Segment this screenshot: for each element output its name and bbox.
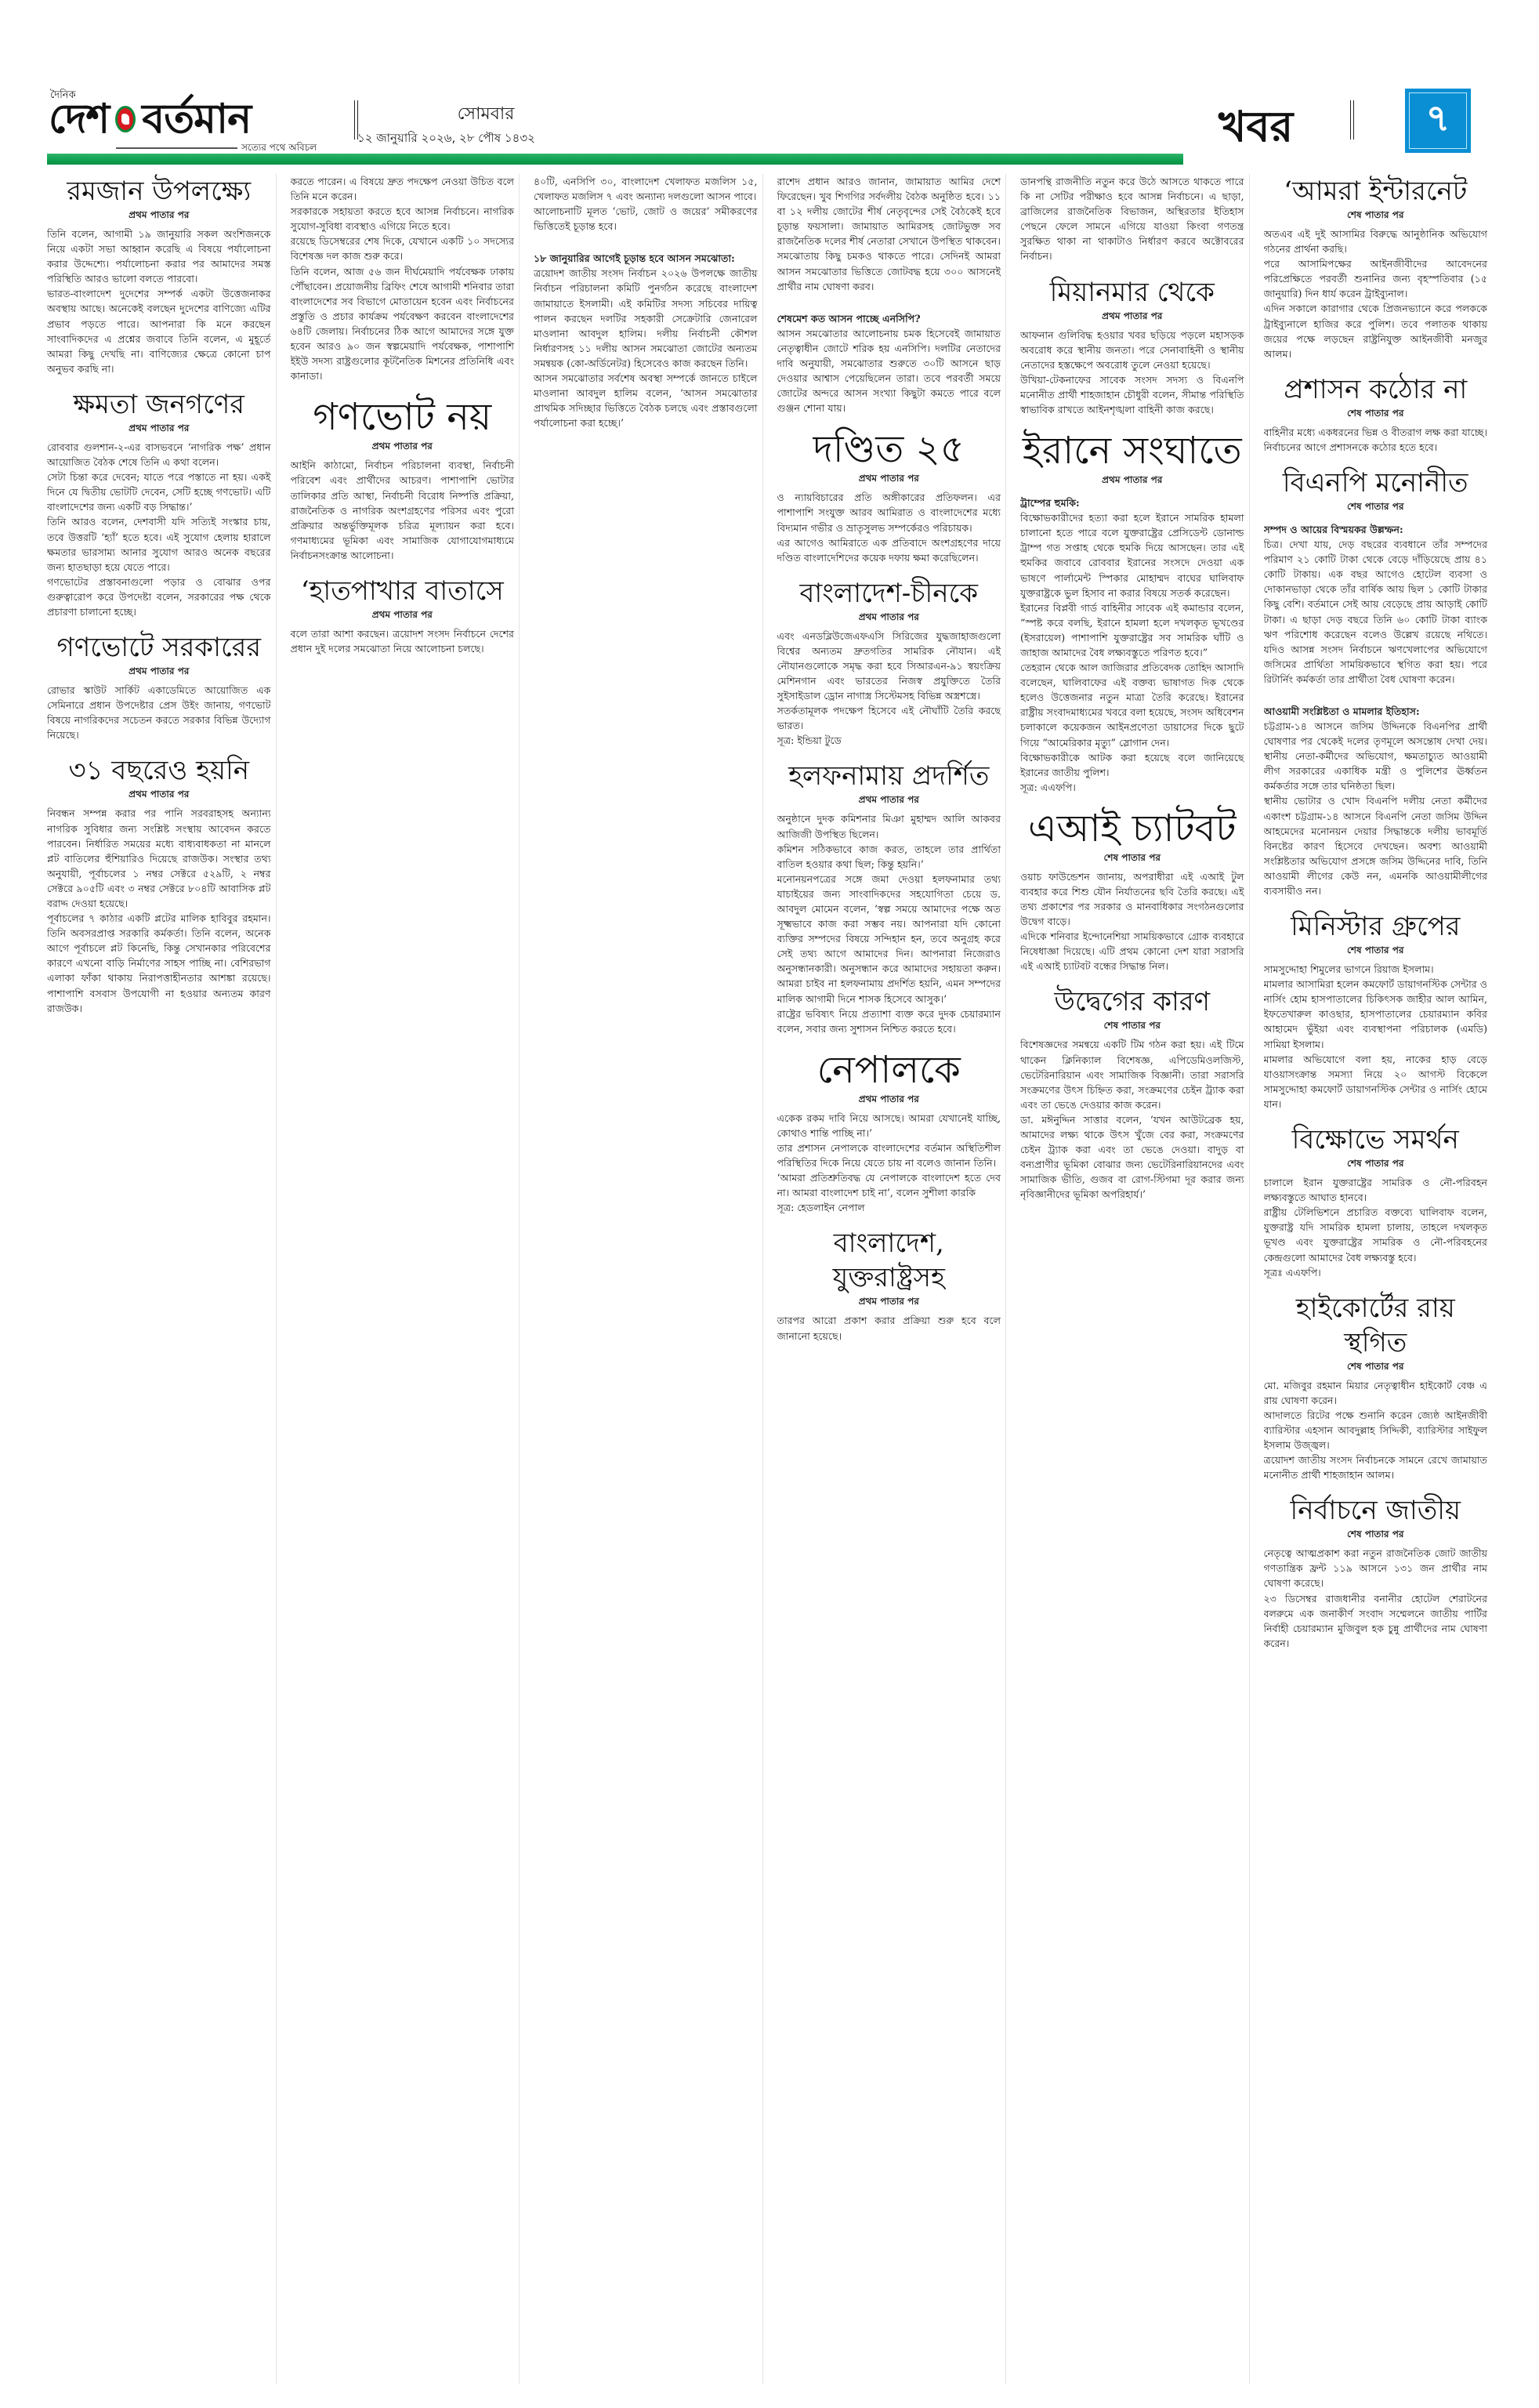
column-3: ৪০টি, এনসিপি ৩০, বাংলাদেশ খেলাফত মজলিস ১… [534,174,763,2384]
tagline-rule [116,147,237,149]
story-headline[interactable]: হাইকোর্টের রায় স্থগিত [1264,1291,1488,1360]
story-body: নিবন্ধন সম্পন্ন করার পর পানি সরবরাহসহ অন… [47,806,271,1015]
story-body: নেতৃত্বে আত্মপ্রকাশ করা নতুন রাজনৈতিক জো… [1264,1546,1488,1651]
logo-name-part1: দেশ [49,96,109,143]
story-headline[interactable]: ৩১ বছরেও হয়নি [47,753,271,788]
story-paragraph: বলে তারা আশা করছেন। ত্রয়োদশ সংসদ নির্বা… [291,626,515,656]
story-subhead: শেষমেশ কত আসন পাচ্ছে এনসিপি? [777,311,1001,326]
continued-from-label: শেষ পাতার পর [1264,209,1488,224]
story-paragraph: অতএব এই দুই আসামির বিরুদ্ধে আনুষ্ঠানিক অ… [1264,227,1488,256]
news-story[interactable]: ইরানে সংঘাতেপ্রথম পাতার পরট্রাম্পের হুমক… [1020,428,1244,795]
story-body: রোববার গুলশান-২-এর বাসভবনে ‘নাগরিক পক্ষ’… [47,440,271,619]
story-paragraph: পরে আসামিপক্ষের আইনজীবীদের আবেদনের পরিপ্… [1264,256,1488,301]
story-paragraph: রোভার স্কাউট সার্কিট একাডেমিতে আয়োজিত এ… [47,683,271,742]
news-story[interactable]: নির্বাচনে জাতীয়শেষ পাতার পরনেতৃত্বে আত্… [1264,1493,1488,1651]
news-story[interactable]: নেপালকেপ্রথম পাতার পরএকেক রকম দাবি নিয়ে… [777,1047,1001,1216]
story-body: চট্টগ্রাম-১৪ আসনে জসিম উদ্দিনকে বিএনপির … [1264,719,1488,898]
story-body: ও ন্যায়বিচারের প্রতি অঙ্গীকারের প্রতিফল… [777,490,1001,564]
bangladesh-map-seal-icon [115,106,136,132]
story-paragraph: মামলার আসামিরা হলেন কমফোর্ট ডায়াগনস্টিক… [1264,977,1488,1051]
story-paragraph: মো. মজিবুর রহমান মিয়ার নেতৃত্বাধীন হাইক… [1264,1378,1488,1408]
story-headline[interactable]: ‘আমরা ইন্টারনেট [1264,174,1488,209]
story-body: বিশেষজ্ঞদের সমন্বয়ে একটি টিম গঠন করা হয… [1020,1037,1244,1202]
continued-from-label: প্রথম পাতার পর [47,788,271,803]
story-body: অনুষ্ঠানে দুদক কমিশনার মিঞা মুহাম্মদ আলি… [777,811,1001,1035]
story-headline[interactable]: ‘হাতপাখার বাতাসে [291,574,515,608]
continued-from-label: প্রথম পাতার পর [47,209,271,224]
story-paragraph: নিবন্ধন সম্পন্ন করার পর পানি সরবরাহসহ অন… [47,806,271,911]
story-body: অতএব এই দুই আসামির বিরুদ্ধে আনুষ্ঠানিক অ… [1264,227,1488,361]
story-body: চালালে ইরান যুক্তরাষ্ট্রের সামরিক ও নৌ-প… [1264,1175,1488,1265]
story-headline[interactable]: গণভোটে সরকারের [47,630,271,665]
news-story[interactable]: ক্ষমতা জনগণেরপ্রথম পাতার পররোববার গুলশান… [47,387,271,619]
story-paragraph: মামলার অভিযোগে বলা হয়, নাকের হাড় বেড়ে… [1264,1052,1488,1112]
continued-from-label: শেষ পাতার পর [1264,944,1488,959]
column-2: করতে পারেন। এ বিষয়ে দ্রুত পদক্ষেপ নেওয়… [291,174,520,2384]
news-story[interactable]: রাশেদ প্রধান আরও জানান, জামায়াত আমির দে… [777,174,1001,294]
story-headline[interactable]: হলফনামায় প্রদর্শিত [777,759,1001,793]
news-story[interactable]: বাংলাদেশ, যুক্তরাষ্ট্রসহপ্রথম পাতার পরতা… [777,1226,1001,1343]
issue-day: সোমবার [423,100,549,129]
story-paragraph: চালালে ইরান যুক্তরাষ্ট্রের সামরিক ও নৌ-প… [1264,1175,1488,1205]
story-paragraph: এদিন সকালে কারাগার থেকে প্রিজনভ্যানে করে… [1264,301,1488,361]
story-paragraph: উখিয়া-টেকনাফের সাবেক সংসদ সদস্য ও বিএনপ… [1020,372,1244,417]
story-headline[interactable]: বিএনপি মনোনীত [1264,466,1488,500]
story-paragraph: করতে পারেন। এ বিষয়ে দ্রুত পদক্ষেপ নেওয়… [291,174,515,204]
story-paragraph: ডানপন্থি রাজনীতি নতুন করে উঠে আসতে থাকতে… [1020,174,1244,264]
story-body: এবং এনডব্লিউজেএফএসি সিরিজের যুদ্ধজাহাজগু… [777,629,1001,734]
story-headline[interactable]: মিয়ানমার থেকে [1020,275,1244,310]
story-paragraph: অনুষ্ঠানে দুদক কমিশনার মিঞা মুহাম্মদ আলি… [777,811,1001,841]
story-paragraph: চট্টগ্রাম-১৪ আসনে জসিম উদ্দিনকে বিএনপির … [1264,719,1488,793]
story-body: ৪০টি, এনসিপি ৩০, বাংলাদেশ খেলাফত মজলিস ১… [534,174,758,234]
story-paragraph: আদালতে রিটের পক্ষে শুনানি করেন জ্যেষ্ঠ আ… [1264,1408,1488,1452]
story-source: সূত্র: হেডলাইন নেপাল [777,1200,1001,1215]
story-paragraph: ৪০টি, এনসিপি ৩০, বাংলাদেশ খেলাফত মজলিস ১… [534,174,758,204]
continued-from-label: শেষ পাতার পর [1264,500,1488,516]
story-headline[interactable]: প্রশাসন কঠোর না [1264,372,1488,407]
story-body: রাশেদ প্রধান আরও জানান, জামায়াত আমির দে… [777,174,1001,294]
story-paragraph: ও ন্যায়বিচারের প্রতি অঙ্গীকারের প্রতিফল… [777,490,1001,535]
story-paragraph: আলোচনাটি মূলত ‘ভোট, জোট ও জয়ের’ সমীকরণে… [534,204,758,234]
story-paragraph: আসন সমঝোতার সর্বশেষ অবস্থা সম্পর্কে জানত… [534,371,758,430]
story-body: বলে তারা আশা করছেন। ত্রয়োদশ সংসদ নির্বা… [291,626,515,656]
story-headline[interactable]: বাংলাদেশ, যুক্তরাষ্ট্রসহ [777,1226,1001,1295]
continued-from-label: শেষ পাতার পর [1264,407,1488,422]
story-paragraph: গণভোটের প্রস্তাবনাগুলো পড়ার ও বোঝার ওপর… [47,575,271,619]
story-body: করতে পারেন। এ বিষয়ে দ্রুত পদক্ষেপ নেওয়… [291,174,515,383]
column-1: রমজান উপলক্ষ্যেপ্রথম পাতার পরতিনি বলেন, … [47,174,277,2384]
story-paragraph: আইনি কাঠামো, নির্বাচন পরিচালনা ব্যবস্থা,… [291,458,515,563]
story-paragraph: সেটা চিন্তা করে দেবেন; যাতে পরে পস্তাতে … [47,470,271,514]
story-body: বিক্ষোভকারীদের হত্যা করা হলে ইরানে সামরি… [1020,510,1244,780]
news-story[interactable]: আওয়ামী সংশ্লিষ্টতা ও মামলার ইতিহাস:চট্ট… [1264,698,1488,898]
story-paragraph: তারপর আরো প্রকাশ করার প্রক্রিয়া শুরু হব… [777,1313,1001,1343]
continued-from-label: প্রথম পাতার পর [1020,473,1244,489]
story-headline[interactable]: নির্বাচনে জাতীয় [1264,1493,1488,1528]
story-body: ওয়াচ ফাউন্ডেশন জানায়, অপরাধীরা এই এআই … [1020,869,1244,974]
story-paragraph: তার প্রশাসন নেপালকে বাংলাদেশের বর্তমান অ… [777,1141,1001,1170]
story-paragraph: রাশেদ প্রধান আরও জানান, জামায়াত আমির দে… [777,174,1001,294]
story-headline[interactable]: রমজান উপলক্ষ্যে [47,174,271,209]
story-headline[interactable]: এআই চ্যাটবট [1020,806,1244,851]
story-headline[interactable]: ইরানে সংঘাতে [1020,428,1244,473]
logo-name-part2: বর্তমান [142,96,251,143]
story-source: সূত্রঃ এএফপি। [1264,1265,1488,1280]
story-paragraph: পূর্বাচলের ৭ কাঠার একটি প্লটের মালিক হাব… [47,911,271,1016]
masthead: দৈনিক দেশ বর্তমান সত্যের পথে অবিচল সোমবা… [0,0,1539,165]
story-paragraph: এদিকে শনিবার ইন্দোনেশিয়া সাময়িকভাবে গ্… [1020,929,1244,974]
story-paragraph: ত্রয়োদশ জাতীয় সংসদ নির্বাচন ২০২৬ উপলক্… [534,266,758,371]
news-story[interactable]: করতে পারেন। এ বিষয়ে দ্রুত পদক্ষেপ নেওয়… [291,174,515,383]
news-story[interactable]: হলফনামায় প্রদর্শিতপ্রথম পাতার পরঅনুষ্ঠা… [777,759,1001,1035]
story-source: সূত্র: ইন্ডিয়া টুডে [777,733,1001,748]
news-story[interactable]: ‘হাতপাখার বাতাসেপ্রথম পাতার পরবলে তারা আ… [291,574,515,656]
story-body: তারপর আরো প্রকাশ করার প্রক্রিয়া শুরু হব… [777,1313,1001,1343]
story-paragraph: রাষ্ট্রের ভবিষ্যৎ নিয়ে প্রত্যাশা ব্যক্ত… [777,1006,1001,1036]
story-paragraph: রাষ্ট্রীয় টেলিভিশনে প্রচারিত বক্তব্যে ঘ… [1264,1205,1488,1264]
continued-from-label: প্রথম পাতার পর [47,665,271,680]
story-paragraph: ডা. মঈনুদ্দিন সাত্তার বলেন, ‘যখন আউটব্রে… [1020,1112,1244,1202]
story-body: চিত্র। দেখা যায়, দেড় বছরের ব্যবধানে তা… [1264,537,1488,687]
news-story[interactable]: হাইকোর্টের রায় স্থগিতশেষ পাতার পরমো. মজ… [1264,1291,1488,1483]
story-paragraph: তিনি আরও বলেন, দেশবাসী যদি সত্যিই সংস্কা… [47,514,271,574]
story-subhead: ট্রাম্পের হুমকি: [1020,495,1244,510]
story-paragraph: বিক্ষোভকারীকে আটক করা হয়েছে বলে জানিয়ে… [1020,750,1244,780]
news-story[interactable]: ৪০টি, এনসিপি ৩০, বাংলাদেশ খেলাফত মজলিস ১… [534,174,758,234]
story-body: ত্রয়োদশ জাতীয় সংসদ নির্বাচন ২০২৬ উপলক্… [534,266,758,430]
story-headline[interactable]: বাংলাদেশ-চীনকে [777,576,1001,611]
story-paragraph: সতর্কতামূলক পদক্ষেপ হিসেবে এই নৌঘাঁটি তৈ… [777,703,1001,733]
story-paragraph: ২৩ ডিসেম্বর রাজধানীর বনানীর হোটেল শেরাটন… [1264,1591,1488,1651]
story-source: সূত্র: এএফপি। [1020,780,1244,795]
story-paragraph: বাহিনীর মধ্যে একধরনের ভিন্ন ও বীতরাগ লক্… [1264,425,1488,455]
story-paragraph: চিত্র। দেখা যায়, দেড় বছরের ব্যবধানে তা… [1264,537,1488,687]
story-subhead: সম্পদ ও আয়ের বিস্ময়কর উল্লম্ফন: [1264,522,1488,537]
continued-from-label: প্রথম পাতার পর [777,793,1001,809]
story-subhead: ১৮ জানুয়ারির আগেই চূড়ান্ত হবে আসন সমঝো… [534,251,758,266]
story-headline[interactable]: ক্ষমতা জনগণের [47,387,271,422]
section-divider [1350,100,1354,140]
continued-from-label: শেষ পাতার পর [1264,1157,1488,1173]
story-subhead: আওয়ামী সংশ্লিষ্টতা ও মামলার ইতিহাস: [1264,704,1488,719]
story-headline[interactable]: উদ্বেগের কারণ [1020,985,1244,1019]
story-body: আফনান গুলিবিদ্ধ হওয়ার খবর ছড়িয়ে পড়লে… [1020,328,1244,418]
story-paragraph: ‘আমরা প্রতিশ্রুতিবদ্ধ যে নেপালকে বাংলাদে… [777,1170,1001,1200]
continued-from-label: প্রথম পাতার পর [291,608,515,624]
story-paragraph: ওয়াচ ফাউন্ডেশন জানায়, অপরাধীরা এই এআই … [1020,869,1244,929]
news-story[interactable]: রমজান উপলক্ষ্যেপ্রথম পাতার পরতিনি বলেন, … [47,174,271,376]
news-story[interactable]: গণভোটে সরকারেরপ্রথম পাতার পররোভার স্কাউট… [47,630,271,742]
continued-from-label: প্রথম পাতার পর [291,440,515,455]
story-body: রোভার স্কাউট সার্কিট একাডেমিতে আয়োজিত এ… [47,683,271,742]
news-story[interactable]: ডানপন্থি রাজনীতি নতুন করে উঠে আসতে থাকতে… [1020,174,1244,264]
story-paragraph: সামসুদ্দোহা শিমুলের ভাগনে রিয়াজ ইসলাম। [1264,962,1488,977]
section-title: খবর [1219,94,1293,165]
story-body: আইনি কাঠামো, নির্বাচন পরিচালনা ব্যবস্থা,… [291,458,515,563]
news-story[interactable]: মিয়ানমার থেকেপ্রথম পাতার পরআফনান গুলিবি… [1020,275,1244,418]
story-paragraph: এবং এনডব্লিউজেএফএসি সিরিজের যুদ্ধজাহাজগু… [777,629,1001,703]
story-body: আসন সমঝোতার আলোচনায় চমক হিসেবেই জামায়া… [777,326,1001,416]
story-paragraph: ইরানের বিপ্লবী গার্ড বাহিনীর সাবেক এই কম… [1020,600,1244,660]
story-body: সামসুদ্দোহা শিমুলের ভাগনে রিয়াজ ইসলাম।ম… [1264,962,1488,1112]
story-headline[interactable]: নেপালকে [777,1047,1001,1093]
column-4: রাশেদ প্রধান আরও জানান, জামায়াত আমির দে… [777,174,1007,2384]
story-paragraph: স্থানীয় ভোটার ও খোদ বিএনপি দলীয় নেতা ক… [1264,793,1488,898]
story-paragraph: ভারত-বাংলাদেশ দুদেশের সম্পর্ক একটা উত্তে… [47,286,271,376]
story-body: ডানপন্থি রাজনীতি নতুন করে উঠে আসতে থাকতে… [1020,174,1244,264]
column-5: ডানপন্থি রাজনীতি নতুন করে উঠে আসতে থাকতে… [1020,174,1250,2384]
story-paragraph: সরকারকে সহায়তা করতে হবে আসন্ন নির্বাচনে… [291,204,515,234]
continued-from-label: প্রথম পাতার পর [777,1093,1001,1108]
story-paragraph: ত্রয়োদশ জাতীয় সংসদ নির্বাচনকে সামনে রে… [1264,1452,1488,1482]
story-paragraph: বিক্ষোভকারীদের হত্যা করা হলে ইরানে সামরি… [1020,510,1244,600]
page-number-badge: ৭ [1405,89,1471,153]
issue-date: ১২ জানুয়ারি ২০২৬, ২৮ পৌষ ১৪৩২ [357,129,535,149]
continued-from-label: শেষ পাতার পর [1264,1360,1488,1376]
news-story[interactable]: প্রশাসন কঠোর নাশেষ পাতার পরবাহিনীর মধ্যে… [1264,372,1488,455]
story-headline[interactable]: দণ্ডিত ২৫ [777,426,1001,472]
continued-from-label: প্রথম পাতার পর [777,472,1001,488]
story-paragraph: তিনি বলেন, আগামী ১৯ জানুয়ারি সকল অংশিজন… [47,227,271,286]
story-paragraph: মনোনয়নপত্রের সঙ্গে জমা দেওয়া হলফনামার … [777,872,1001,1006]
story-body: তিনি বলেন, আগামী ১৯ জানুয়ারি সকল অংশিজন… [47,227,271,376]
news-story[interactable]: বিক্ষোভে সমর্থনশেষ পাতার পরচালালে ইরান য… [1264,1122,1488,1280]
continued-from-label: শেষ পাতার পর [1264,1528,1488,1543]
news-story[interactable]: বিএনপি মনোনীতশেষ পাতার পরসম্পদ ও আয়ের ব… [1264,466,1488,687]
story-paragraph: আসন সমঝোতার আলোচনায় চমক হিসেবেই জামায়া… [777,326,1001,416]
story-paragraph: তেহরান থেকে আল জাজিরার প্রতিবেদক তোহিদ আ… [1020,660,1244,750]
continued-from-label: প্রথম পাতার পর [1020,310,1244,325]
story-paragraph: কমিশন সঠিকভাবে কাজ করত, তাহলে তার প্রার্… [777,842,1001,872]
story-headline[interactable]: বিক্ষোভে সমর্থন [1264,1122,1488,1157]
news-story[interactable]: এআই চ্যাটবটশেষ পাতার পরওয়াচ ফাউন্ডেশন জ… [1020,806,1244,974]
story-paragraph: নেতৃত্বে আত্মপ্রকাশ করা নতুন রাজনৈতিক জো… [1264,1546,1488,1590]
news-story[interactable]: উদ্বেগের কারণশেষ পাতার পরবিশেষজ্ঞদের সমন… [1020,985,1244,1202]
story-headline[interactable]: মিনিস্টার গ্রুপের [1264,909,1488,944]
news-story[interactable]: ৩১ বছরেও হয়নিপ্রথম পাতার পরনিবন্ধন সম্প… [47,753,271,1015]
story-body: মো. মজিবুর রহমান মিয়ার নেতৃত্বাধীন হাইক… [1264,1378,1488,1483]
continued-from-label: প্রথম পাতার পর [777,1295,1001,1311]
story-paragraph: বিশেষজ্ঞদের সমন্বয়ে একটি টিম গঠন করা হয… [1020,1037,1244,1112]
story-headline[interactable]: গণভোট নয় [291,394,515,440]
story-paragraph: একেক রকম দাবি নিয়ে আসছে। আমরা যেখানেই য… [777,1111,1001,1141]
story-paragraph: রয়েছে ডিসেম্বরের শেষ দিকে, যেখানে একটি … [291,234,515,263]
column-6: ‘আমরা ইন্টারনেটশেষ পাতার পরঅতএব এই দুই আ… [1264,174,1493,2384]
news-story[interactable]: মিনিস্টার গ্রুপেরশেষ পাতার পরসামসুদ্দোহা… [1264,909,1488,1112]
story-paragraph: এর আগেও আমিরাতে এক প্রতিবাদে অংশগ্রহণের … [777,535,1001,565]
continued-from-label: প্রথম পাতার পর [47,422,271,437]
story-body: বাহিনীর মধ্যে একধরনের ভিন্ন ও বীতরাগ লক্… [1264,425,1488,455]
continued-from-label: শেষ পাতার পর [1020,1019,1244,1035]
continued-from-label: প্রথম পাতার পর [777,611,1001,626]
news-story[interactable]: গণভোট নয়প্রথম পাতার পরআইনি কাঠামো, নির্… [291,394,515,563]
story-paragraph: তিনি বলেন, আজ ৫৬ জন দীর্ঘমেয়াদি পর্যবেক… [291,264,515,384]
news-story[interactable]: ‘আমরা ইন্টারনেটশেষ পাতার পরঅতএব এই দুই আ… [1264,174,1488,361]
news-story[interactable]: বাংলাদেশ-চীনকেপ্রথম পাতার পরএবং এনডব্লিউ… [777,576,1001,749]
news-story[interactable]: ১৮ জানুয়ারির আগেই চূড়ান্ত হবে আসন সমঝো… [534,245,758,430]
story-paragraph: রোববার গুলশান-২-এর বাসভবনে ‘নাগরিক পক্ষ’… [47,440,271,470]
article-columns: রমজান উপলক্ষ্যেপ্রথম পাতার পরতিনি বলেন, … [47,174,1492,2384]
header-green-bar [47,154,1183,165]
continued-from-label: শেষ পাতার পর [1020,851,1244,867]
news-story[interactable]: দণ্ডিত ২৫প্রথম পাতার পরও ন্যায়বিচারের প… [777,426,1001,564]
news-story[interactable]: শেষমেশ কত আসন পাচ্ছে এনসিপি?আসন সমঝোতার … [777,305,1001,416]
newspaper-logo[interactable]: দেশ বর্তমান [49,96,251,143]
story-paragraph: আফনান গুলিবিদ্ধ হওয়ার খবর ছড়িয়ে পড়লে… [1020,328,1244,372]
story-body: একেক রকম দাবি নিয়ে আসছে। আমরা যেখানেই য… [777,1111,1001,1201]
